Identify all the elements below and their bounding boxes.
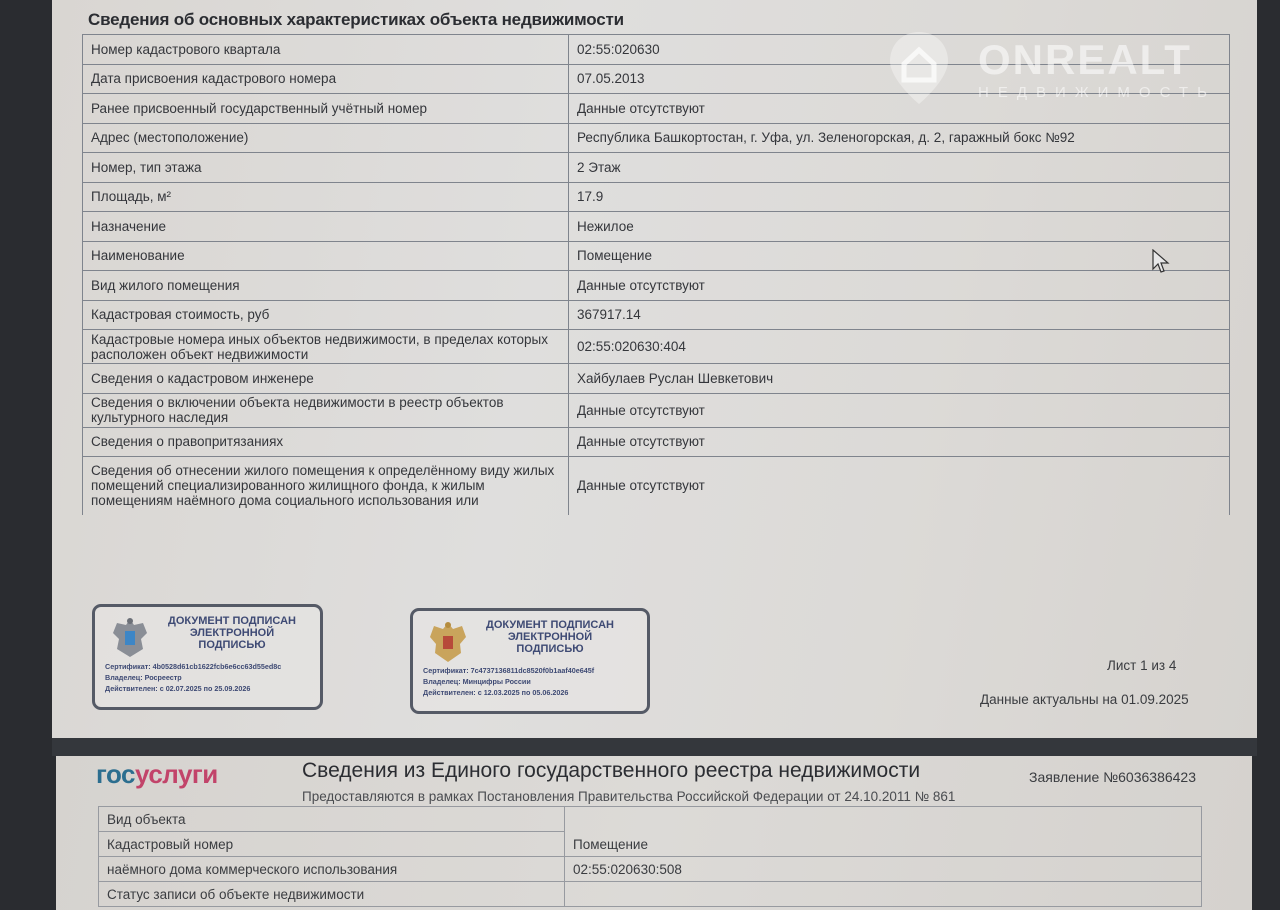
characteristics-table: Номер кадастрового квартала02:55:020630 … xyxy=(82,34,1230,515)
table-row: Кадастровая стоимость, руб367917.14 xyxy=(83,300,1230,330)
row-value: 02:55:020630:404 xyxy=(569,330,1230,364)
row-label: Кадастровая стоимость, руб xyxy=(83,300,569,330)
row-label: Сведения о правопритязаниях xyxy=(83,427,569,457)
row-value: 2 Этаж xyxy=(569,153,1230,183)
page-number: Лист 1 из 4 xyxy=(1107,658,1176,673)
row-value: 02:55:020630:508 xyxy=(565,857,1202,882)
e-signature-stamp: ДОКУМЕНТ ПОДПИСАН ЭЛЕКТРОННОЙ ПОДПИСЬЮ С… xyxy=(92,604,323,710)
row-label: Ранее присвоенный государственный учётны… xyxy=(83,94,569,124)
data-actual-date: Данные актуальны на 01.09.2025 xyxy=(980,692,1189,707)
validity: Действителен: с 02.07.2025 по 25.09.2026 xyxy=(105,683,281,694)
table-row: Площадь, м²17.9 xyxy=(83,182,1230,212)
page2-subtitle: Предоставляются в рамках Постановления П… xyxy=(302,789,955,804)
row-value: Хайбулаев Руслан Шевкетович xyxy=(569,364,1230,394)
row-value: Данные отсутствуют xyxy=(569,271,1230,301)
row-value: 07.05.2013 xyxy=(569,64,1230,94)
row-value: Данные отсутствуют xyxy=(569,427,1230,457)
row-label: Номер, тип этажа xyxy=(83,153,569,183)
row-value xyxy=(565,882,1202,907)
row-label: Дата присвоения кадастрового номера xyxy=(83,64,569,94)
row-value: Данные отсутствуют xyxy=(569,457,1230,515)
table-row: НаименованиеПомещение xyxy=(83,241,1230,271)
row-label: Вид объекта xyxy=(99,807,565,832)
rosreestr-emblem-icon xyxy=(109,615,151,661)
gosuslugi-logo: госуслуги xyxy=(96,759,218,790)
table-row: Кадастровый номерПомещение xyxy=(99,832,1202,857)
table-row: НазначениеНежилое xyxy=(83,212,1230,242)
page-divider xyxy=(52,738,1257,756)
section-title: Сведения об основных характеристиках объ… xyxy=(88,10,624,30)
row-label: Номер кадастрового квартала xyxy=(83,35,569,65)
page2-table: Вид объекта Кадастровый номерПомещение н… xyxy=(98,806,1202,907)
row-label: Кадастровый номер xyxy=(99,832,565,857)
validity: Действителен: с 12.03.2025 по 05.06.2026 xyxy=(423,687,594,698)
table-row: Сведения об отнесении жилого помещения к… xyxy=(83,457,1230,515)
row-value: 367917.14 xyxy=(569,300,1230,330)
row-value: Помещение xyxy=(565,832,1202,857)
table-row: Адрес (местоположение)Республика Башкорт… xyxy=(83,123,1230,153)
row-label: Кадастровые номера иных объектов недвижи… xyxy=(83,330,569,364)
request-number: Заявление №6036386423 xyxy=(1029,769,1196,785)
table-row: Номер, тип этажа2 Этаж xyxy=(83,153,1230,183)
table-row: наёмного дома коммерческого использовани… xyxy=(99,857,1202,882)
row-label: Сведения о кадастровом инженере xyxy=(83,364,569,394)
table-row: Дата присвоения кадастрового номера07.05… xyxy=(83,64,1230,94)
stamp-details: Сертификат: 7c4737136811dc8520f0b1aaf40e… xyxy=(423,665,594,698)
owner: Владелец: Минцифры России xyxy=(423,676,594,687)
row-label: Площадь, м² xyxy=(83,182,569,212)
table-row: Сведения о включении объекта недвижимост… xyxy=(83,393,1230,427)
row-value: Республика Башкортостан, г. Уфа, ул. Зел… xyxy=(569,123,1230,153)
row-value: Данные отсутствуют xyxy=(569,393,1230,427)
row-label: Статус записи об объекте недвижимости xyxy=(99,882,565,907)
table-row: Статус записи об объекте недвижимости xyxy=(99,882,1202,907)
row-label: Адрес (местоположение) xyxy=(83,123,569,153)
russia-coat-of-arms-icon xyxy=(427,619,469,665)
stamp-title: ДОКУМЕНТ ПОДПИСАН ЭЛЕКТРОННОЙ ПОДПИСЬЮ xyxy=(157,615,307,651)
row-value: 17.9 xyxy=(569,182,1230,212)
extract-page-1: Сведения об основных характеристиках объ… xyxy=(52,0,1257,738)
row-value: 02:55:020630 xyxy=(569,35,1230,65)
owner: Владелец: Росреестр xyxy=(105,672,281,683)
table-row: Вид жилого помещенияДанные отсутствуют xyxy=(83,271,1230,301)
stamp-details: Сертификат: 4b0528d61cb1622fcb6e6cc63d55… xyxy=(105,661,281,694)
row-label: наёмного дома коммерческого использовани… xyxy=(99,857,565,882)
row-label: Наименование xyxy=(83,241,569,271)
row-label: Вид жилого помещения xyxy=(83,271,569,301)
certificate: Сертификат: 7c4737136811dc8520f0b1aaf40e… xyxy=(423,665,594,676)
row-label: Сведения об отнесении жилого помещения к… xyxy=(83,457,569,515)
e-signature-stamp: ДОКУМЕНТ ПОДПИСАН ЭЛЕКТРОННОЙ ПОДПИСЬЮ С… xyxy=(410,608,650,714)
row-value: Нежилое xyxy=(569,212,1230,242)
stamp-title: ДОКУМЕНТ ПОДПИСАН ЭЛЕКТРОННОЙ ПОДПИСЬЮ xyxy=(475,619,625,655)
table-row: Кадастровые номера иных объектов недвижи… xyxy=(83,330,1230,364)
row-value: Данные отсутствуют xyxy=(569,94,1230,124)
row-value: Помещение xyxy=(569,241,1230,271)
table-row: Номер кадастрового квартала02:55:020630 xyxy=(83,35,1230,65)
table-row: Ранее присвоенный государственный учётны… xyxy=(83,94,1230,124)
table-row: Сведения о правопритязанияхДанные отсутс… xyxy=(83,427,1230,457)
certificate: Сертификат: 4b0528d61cb1622fcb6e6cc63d55… xyxy=(105,661,281,672)
row-label: Сведения о включении объекта недвижимост… xyxy=(83,393,569,427)
row-value xyxy=(565,807,1202,832)
table-row: Сведения о кадастровом инженереХайбулаев… xyxy=(83,364,1230,394)
table-row: Вид объекта xyxy=(99,807,1202,832)
extract-page-2: госуслуги Сведения из Единого государств… xyxy=(56,756,1252,910)
mouse-cursor-icon xyxy=(1152,249,1170,275)
page2-title: Сведения из Единого государственного рее… xyxy=(302,759,920,783)
row-label: Назначение xyxy=(83,212,569,242)
